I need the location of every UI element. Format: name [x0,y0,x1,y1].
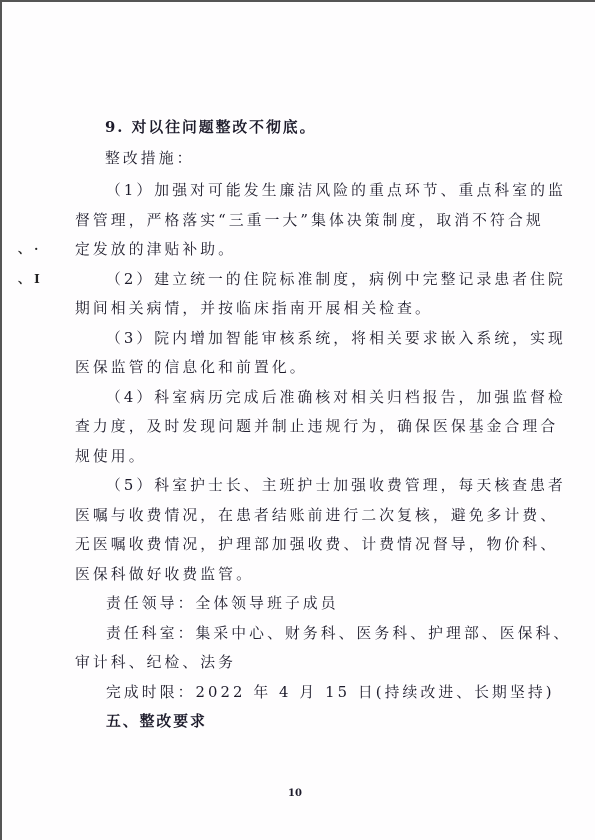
paragraph-line: 医嘱与收费情况，在患者结账前进行二次复核，避免多计费、 [75,506,558,526]
item-heading: 9. 对以往问题整改不彻底。 [105,118,316,138]
paragraph-line: （1）加强对可能发生廉洁风险的重点环节、重点科室的监 [106,181,566,201]
paragraph-line: 查力度，及时发现问题并制止违规行为，确保医保基金合理合 [75,417,558,437]
deadline: 完成时限：2022 年 4 月 15 日(持续改进、长期坚持) [106,683,555,703]
paragraph-line: 医保科做好收费监管。 [75,565,254,585]
paragraph-line: （3）院内增加智能审核系统，将相关要求嵌入系统，实现 [106,329,566,349]
responsible-leader: 责任领导：全体领导班子成员 [106,594,339,614]
responsible-departments-cont: 审计科、纪检、法务 [75,653,236,673]
paragraph-line: 定发放的津贴补助。 [75,240,236,260]
paragraph-line: 督管理，严格落实“三重一大”集体决策制度，取消不符合规 [75,211,544,231]
paragraph-line: 医保监管的信息化和前置化。 [75,358,308,378]
paragraph-line: （2）建立统一的住院标准制度，病例中完整记录患者住院 [106,270,566,290]
document-page: 9. 对以往问题整改不彻底。 整改措施： （1）加强对可能发生廉洁风险的重点环节… [0,0,595,840]
responsible-departments: 责任科室：集采中心、财务科、医务科、护理部、医保科、 [106,624,571,644]
measures-label: 整改措施： [105,149,195,169]
paragraph-line: 期间相关病情，并按临床指南开展相关检查。 [75,299,433,319]
paragraph-line: 规使用。 [75,447,147,467]
paragraph-line: （4）科室病历完成后准确核对相关归档报告，加强监督检 [106,388,566,408]
paragraph-line: 无医嘱收费情况，护理部加强收费、计费情况督导，物价科、 [75,535,558,555]
page-number: 10 [288,788,302,799]
scan-mark: 、 I [18,270,40,287]
paragraph-line: （5）科室护士长、主班护士加强收费管理，每天核查患者 [106,476,566,496]
scan-mark: 、 · [18,240,38,257]
section-heading: 五、整改要求 [106,712,207,732]
